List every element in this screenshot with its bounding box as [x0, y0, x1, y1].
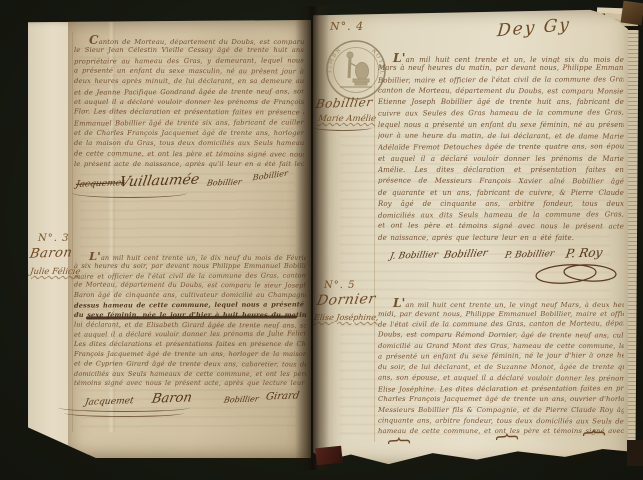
handwritten-line: Flor. Les dites déclaration et présentat…: [74, 107, 304, 118]
handwritten-line: Elise Joséphine. Les dites déclaration e…: [378, 383, 624, 395]
signature-flourish: [64, 409, 184, 417]
handwritten-line: le présent acte de naissance, après qu'i…: [74, 159, 304, 169]
cover-edge-sliver: [621, 1, 643, 26]
handwritten-line: canton de Morteau, département du Doubs,…: [378, 85, 624, 97]
margin-flourish: [314, 124, 372, 131]
cover-edge-sliver: [627, 440, 643, 466]
handwritten-line: deux heures après minuit, de lui déclara…: [74, 76, 304, 86]
handwritten-line: Baron âgé de cinquante ans, cultivateur …: [74, 291, 306, 301]
record-4-text: L'an mil huit cent trente et un, le ving…: [378, 52, 624, 244]
handwritten-line: et ont les père et témoins signé avec no…: [378, 221, 624, 233]
handwritten-line: dessus hameau de cette commune, lequel n…: [74, 300, 306, 311]
record-4-margin-surname: Bobillier: [315, 95, 374, 111]
handwritten-line: a présenté un enfant du sexe féminin, né…: [378, 351, 624, 363]
closing-brace: {: [581, 427, 610, 438]
record-2-continuation-text: Canton de Morteau, département du Doubs,…: [74, 35, 304, 169]
handwritten-line: Adélaïde Fremot Detouches âgée de trente…: [378, 142, 624, 155]
handwritten-line: Doubs, est comparu Rémond Dornier, âgé d…: [378, 330, 624, 342]
signature-bobillier: Bobillier: [223, 394, 259, 404]
handwritten-line: Amélie. Les dites déclaration et présent…: [378, 165, 624, 176]
handwritten-line: L'an mil huit cent trente un, le dix neu…: [74, 252, 306, 262]
handwritten-line: lequel nous a présenté un enfant du sexe…: [378, 120, 624, 131]
handwritten-line: le Sieur Jean Célestin Vieille Cessay âg…: [74, 45, 304, 55]
handwritten-line: L'an mil huit cent trente et un, le ving…: [378, 52, 624, 63]
handwritten-line: de naissance, après que lecture leur en …: [378, 233, 624, 244]
record-5-text: L'an mil huit cent trente un, le vingt n…: [378, 298, 624, 437]
record-3-margin-surname: Baron: [29, 245, 74, 261]
handwritten-line: et auquel il a déclaré vouloir donner le…: [74, 330, 306, 341]
record-4-number: N°. 4: [330, 20, 364, 33]
handwritten-line: et de Cyprien Girard âgé de trente deux …: [74, 359, 306, 370]
cover-edge-sliver: [315, 446, 343, 466]
signature-flourish: [72, 188, 187, 198]
closing-brace: {: [386, 435, 415, 446]
signature-bobillier: Bobillier: [206, 177, 242, 187]
handwritten-line: ans, son épouse, et auquel il a déclaré …: [378, 372, 624, 384]
handwritten-line: Emmanuel Bobillier âgé de trente six ans…: [74, 117, 304, 129]
handwritten-line: L'an mil huit cent trente un, le vingt n…: [378, 298, 624, 309]
handwritten-line: Roy âgé de cinquante ans, arbitre fondeu…: [378, 199, 624, 210]
signature-girard: Girard: [265, 390, 300, 402]
handwritten-line: témoins signé avec nous le présent acte,…: [74, 379, 306, 389]
stamp-figure-icon: [340, 52, 372, 87]
handwritten-line: présence de Messieurs François Xavier aî…: [378, 176, 624, 188]
handwritten-line: Charles François Jacquemet âgé de trente…: [378, 394, 624, 405]
handwritten-line: et de Charles François Jacquemet âgé de …: [74, 128, 304, 138]
handwritten-line: François Jacquemet âgé de trente un ans,…: [74, 350, 306, 360]
record-3-number: N°. 3: [38, 233, 69, 244]
signature-p-roy: P. Roy: [565, 245, 604, 260]
handwritten-line: Messieurs Bobillier fils & Compagnie, et…: [378, 405, 624, 416]
handwritten-line: à six heures du soir, par devant nous Ph…: [74, 262, 306, 272]
handwritten-line: du sexe féminin, née le jour d'hier à hu…: [74, 311, 306, 321]
record-5-margin-given-names: Elise Joséphine,: [313, 313, 379, 322]
margin-rule: [374, 50, 375, 442]
record-5-margin-surname: Dornier: [315, 291, 377, 309]
signature-j-bobillier: J. Bobillier: [389, 250, 439, 262]
handwritten-line: cinquante ans, arbitre fondeur, tous deu…: [378, 415, 624, 427]
record-4-margin-given-names: Marie Amélie: [317, 114, 376, 124]
handwritten-line: et auquel il a déclaré vouloir donner le…: [378, 154, 624, 165]
handwritten-line: et de Jeanne Pacifique Gondrand âgée de …: [74, 86, 304, 98]
handwritten-line: du soir, de lui déclarant, et de Suzanne…: [378, 362, 624, 373]
handwritten-line: Mars à neuf heures du matin, par devant …: [378, 63, 624, 74]
record-5-number: N°. 5: [324, 280, 355, 291]
record-3-text: L'an mil huit cent trente un, le dix neu…: [74, 252, 306, 389]
handwritten-line: de cette commune, et ont les père et tém…: [74, 148, 304, 159]
handwritten-line: de la maison du Gras, tous deux domicili…: [74, 138, 304, 148]
roy-signature-paraph: [528, 260, 624, 288]
handwritten-line: de Morteau, département du Doubs, est co…: [74, 281, 306, 292]
handwritten-line: Canton de Morteau, département du Doubs,…: [74, 35, 304, 45]
handwritten-line: cuivre aux Seules des Gras hameau de la …: [378, 108, 624, 121]
handwritten-line: Les dites déclarations et présentations …: [74, 340, 306, 350]
handwritten-line: a présenté un enfant du sexe masculin, n…: [74, 66, 304, 77]
handwritten-line: de quarante et un ans, fabricant de cuiv…: [378, 188, 624, 199]
handwritten-line: domiciliés aux Seuls hameaux de cette co…: [74, 370, 306, 380]
register-scan: Canton de Morteau, département du Doubs,…: [0, 0, 643, 480]
margin-rule: [72, 32, 73, 432]
closing-brace: {: [494, 431, 523, 442]
